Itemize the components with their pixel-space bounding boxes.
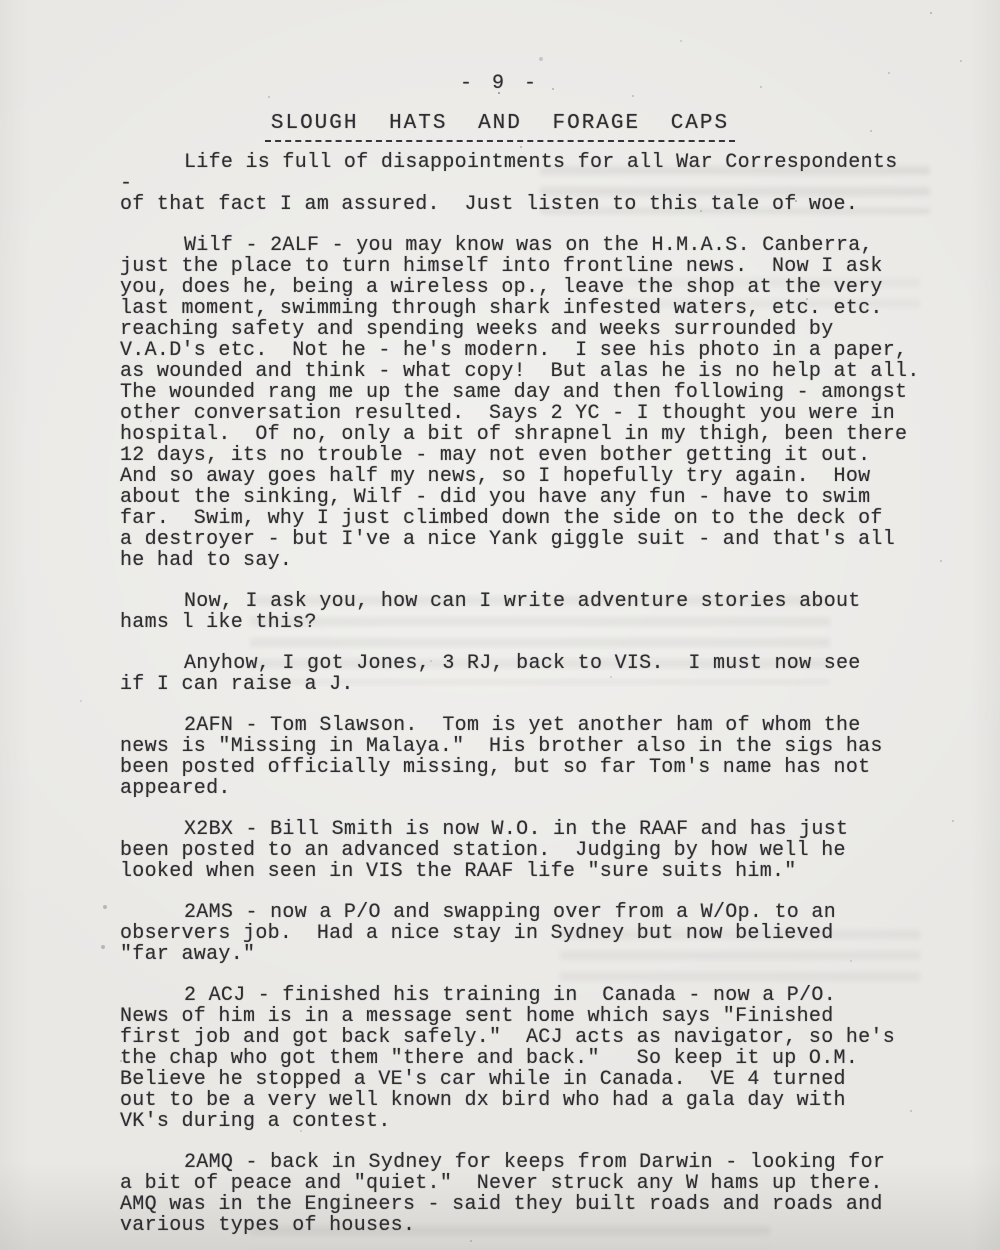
page-number: - 9 - [0, 72, 1000, 95]
paragraph: 2 ACJ - finished his training in Canada … [120, 985, 920, 1132]
paragraph: Now, I ask you, how can I write adventur… [120, 591, 920, 633]
paragraph: 2AMQ - back in Sydney for keeps from Dar… [120, 1152, 920, 1236]
paper-specks [0, 0, 2, 2]
paragraph: X2BX - Bill Smith is now W.O. in the RAA… [120, 819, 920, 882]
paragraph: 2AMS - now a P/O and swapping over from … [120, 902, 920, 965]
paragraph: Anyhow, I got Jones, 3 RJ, back to VIS. … [120, 653, 920, 695]
paragraph: Life is full of disappointments for all … [120, 152, 920, 215]
document-paragraphs: Life is full of disappointments for all … [120, 152, 920, 1236]
paragraph: Wilf - 2ALF - you may know was on the H.… [120, 235, 920, 571]
title-wrap: SLOUGH HATS AND FORAGE CAPS [0, 112, 1000, 142]
paragraph: 2AFN - Tom Slawson. Tom is yet another h… [120, 715, 920, 799]
page-title: SLOUGH HATS AND FORAGE CAPS [265, 112, 735, 142]
